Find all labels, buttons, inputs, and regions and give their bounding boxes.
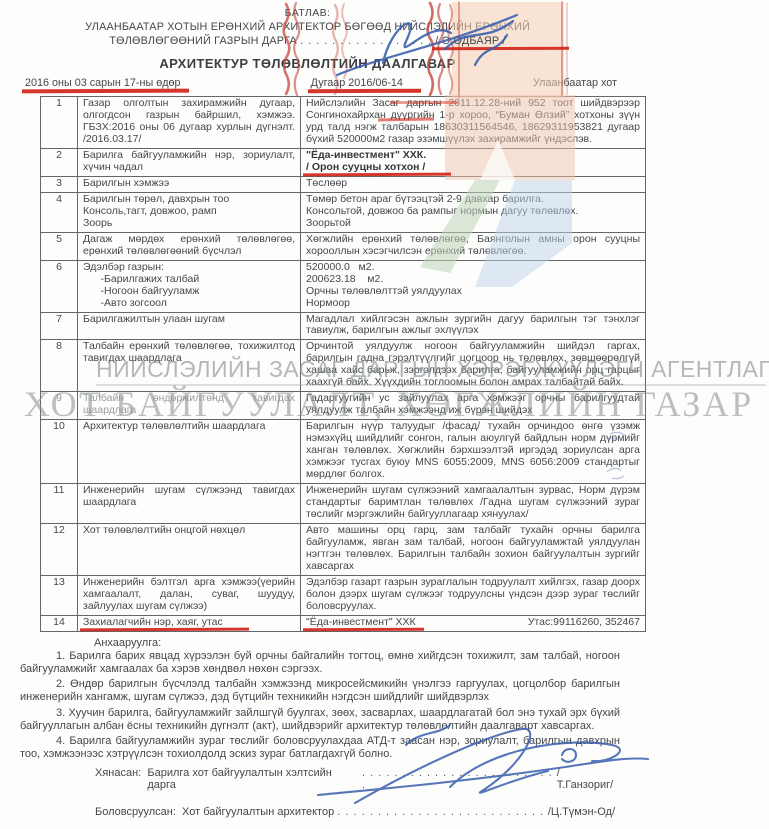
row-label: Газар олголтын захирамжийн дугаар, олгог… <box>78 97 301 149</box>
row-number: 4 <box>41 192 78 232</box>
approver-title-line2: ТӨЛӨВЛӨГӨӨНИЙ ГАЗРЫН ДАРГА . . . . . . .… <box>0 35 615 47</box>
document-number: Дугаар 2016/06-14 <box>311 77 403 89</box>
table-row: 5 Дагаж мөрдөх ерөнхий төлөвлөгөө, ерөнх… <box>41 232 646 260</box>
row-value: 520000.0 м2. 200623.18 м2. Орчны төлөвлө… <box>301 260 646 312</box>
row-value: Хөгжлийн ерөнхий төлөвлөгөө, Баянголын а… <box>301 232 646 260</box>
prepared-label: Боловсруулсан: <box>95 806 176 818</box>
approval-block: БАТЛАВ: УЛААНБААТАР ХОТЫН ЕРӨНХИЙ АРХИТЕ… <box>0 0 615 71</box>
row-value: Нийслэлийн Засаг даргын 2011.12.28-ний 9… <box>301 97 646 149</box>
notice-item-3: 3. Хуучин барилга, байгууламжийг зайлшгү… <box>20 707 620 733</box>
row-label: Инженерийн шугам сүлжээнд тавигдах шаард… <box>78 484 301 524</box>
assignment-table: 1 Газар олголтын захирамжийн дугаар, олг… <box>40 96 646 632</box>
table-row: 2 Барилга байгууламжийн нэр, зориулалт, … <box>41 148 646 176</box>
row-value: "Ёда-инвестмент" ХХК Утас:99116260, 3524… <box>301 615 646 631</box>
row-label: Талбайн өндөржилтөнд тавигдах шаардлага <box>78 392 301 420</box>
row-value: Авто машины орц гарц, зам талбайг тухайн… <box>301 524 646 576</box>
row-label: Захиалагчийн нэр, хаяг, утас <box>78 615 301 631</box>
reviewed-line: Хянасан: Барилга хот байгуулалтын хэлтси… <box>95 767 655 791</box>
row-number: 13 <box>41 575 78 615</box>
row-value: Төмөр бетон араг бүтээцтэй 2-9 давхар ба… <box>301 192 646 232</box>
prepared-line: Боловсруулсан: Хот байгуулалтын архитект… <box>95 806 655 818</box>
row-number: 12 <box>41 524 78 576</box>
table-row: 11 Инженерийн шугам сүлжээнд тавигдах ша… <box>41 484 646 524</box>
preparer-name: /Ц.Түмэн-Од/ <box>548 806 655 818</box>
row-label: Эдэлбэр газрын: -Барилгажих талбай -Ного… <box>78 260 301 312</box>
notice-title: Анхааруулга: <box>94 637 620 649</box>
table-row: 14 Захиалагчийн нэр, хаяг, утас "Ёда-инв… <box>41 615 646 631</box>
table-row: 7 Барилгажилтын улаан шугам Магадлал хий… <box>41 312 646 340</box>
row-number: 10 <box>41 420 78 484</box>
row-number: 3 <box>41 176 78 192</box>
approver-name: / О.ОДБАЯР / <box>435 35 505 47</box>
row-label: Талбайн ерөнхий төлөвлөгөө, тохижилтод т… <box>78 340 301 392</box>
table-row: 8 Талбайн ерөнхий төлөвлөгөө, тохижилтод… <box>41 340 646 392</box>
row-label: Барилгын төрөл, давхрын тоо Консоль,тагт… <box>78 192 301 232</box>
table-row: 1 Газар олголтын захирамжийн дугаар, олг… <box>41 97 646 149</box>
row-number: 7 <box>41 312 78 340</box>
city-label: Улаанбаатар хот <box>533 77 617 89</box>
client-name: "Ёда-инвестмент" ХХК <box>306 617 416 629</box>
approver-title-text: ТӨЛӨВЛӨГӨӨНИЙ ГАЗРЫН ДАРГА <box>109 35 297 47</box>
approval-stamp-label: БАТЛАВ: <box>0 7 615 19</box>
table-row: 3 Барилгын хэмжээ Төслөөр <box>41 176 646 192</box>
row-number: 1 <box>41 97 78 149</box>
architectural-assignment-document: БАТЛАВ: УЛААНБААТАР ХОТЫН ЕРӨНХИЙ АРХИТЕ… <box>0 0 769 829</box>
reviewed-dotted-line: . . . . . . . . . . . . . . . . . . . . … <box>362 767 557 791</box>
row-label: Инженерийн бэлтгэл арга хэмжээ(үерийн ха… <box>78 575 301 615</box>
issue-date: 2016 оны 03 сарын 17-ны өдөр <box>25 77 181 89</box>
row-label: Барилгын хэмжээ <box>78 176 301 192</box>
warnings-block: Анхааруулга: 1. Барилга барих явцад хүрэ… <box>20 637 620 762</box>
row-number: 2 <box>41 148 78 176</box>
notice-item-1: 1. Барилга барих явцад хүрээлэн буй орчн… <box>20 650 620 676</box>
table-row: 10 Архитектур төлөвлөлтийн шаардлага Бар… <box>41 420 646 484</box>
row-value: Төслөөр <box>301 176 646 192</box>
row-number: 8 <box>41 340 78 392</box>
notice-item-2: 2. Өндөр барилгын бүсчлэлд талбайн хэмжэ… <box>20 678 620 704</box>
signature-dotted-line: . . . . . . . . . . . . . . . . . <box>300 35 432 47</box>
table-row: 9 Талбайн өндөржилтөнд тавигдах шаардлаг… <box>41 392 646 420</box>
row-number: 9 <box>41 392 78 420</box>
row-label: Дагаж мөрдөх ерөнхий төлөвлөгөө, ерөнхий… <box>78 232 301 260</box>
signoff-block: Хянасан: Барилга хот байгуулалтын хэлтси… <box>95 767 655 818</box>
row-value: Гадаргуугийн ус зайлуулах арга хэмжээг о… <box>301 392 646 420</box>
reviewer-name: /Т.Ганзориг/ <box>557 767 655 791</box>
row-label: Архитектур төлөвлөлтийн шаардлага <box>78 420 301 484</box>
row-value: "Ёда-инвестмент" ХХК. / Орон сууцны хотх… <box>301 148 646 176</box>
table-row: 4 Барилгын төрөл, давхрын тоо Консоль,та… <box>41 192 646 232</box>
prepared-role: Хот байгуулалтын архитектор <box>182 806 334 818</box>
document-title: АРХИТЕКТУР ТӨЛӨВЛӨЛТИЙН ДААЛГАВАР <box>0 56 615 71</box>
approver-title-line1: УЛААНБААТАР ХОТЫН ЕРӨНХИЙ АРХИТЕКТОР БӨГ… <box>0 21 615 33</box>
row-value: Инженерийн шугам сүлжээний хамгаалалтын … <box>301 484 646 524</box>
table-row: 6 Эдэлбэр газрын: -Барилгажих талбай -Но… <box>41 260 646 312</box>
table-row: 13 Инженерийн бэлтгэл арга хэмжээ(үерийн… <box>41 575 646 615</box>
row-label: Барилгажилтын улаан шугам <box>78 312 301 340</box>
table-row: 12 Хот төлөвлөлтийн онцгой нөхцөл Авто м… <box>41 524 646 576</box>
notice-item-4: 4. Барилга байгууламжийн зураг төслийг б… <box>20 735 620 761</box>
row-label: Барилга байгууламжийн нэр, зориулалт, хү… <box>78 148 301 176</box>
reviewed-role: Барилга хот байгуулалтын хэлтсийн дарга <box>147 767 359 791</box>
row-value: Магадлал хийлгэсэн ажлын зургийн дагуу б… <box>301 312 646 340</box>
prepared-dotted-line: . . . . . . . . . . . . . . . . . . . . … <box>337 806 544 818</box>
client-phone: Утас:99116260, 352467 <box>528 617 640 629</box>
project-type: / Орон сууцны хотхон / <box>306 162 425 174</box>
row-value: Эдэлбэр газарт газрын зураглалын тодруул… <box>301 575 646 615</box>
row-number: 6 <box>41 260 78 312</box>
row-value: Орчинтой уялдуулж ногоон байгууламжийн ш… <box>301 340 646 392</box>
reviewed-label: Хянасан: <box>95 767 141 791</box>
client-row-label: Захиалагчийн нэр, хаяг, утас <box>83 617 223 629</box>
row-number: 14 <box>41 615 78 631</box>
row-value: Барилгын нүүр талуудыг /фасад/ тухайн ор… <box>301 420 646 484</box>
row-number: 5 <box>41 232 78 260</box>
row-number: 11 <box>41 484 78 524</box>
row-label: Хот төлөвлөлтийн онцгой нөхцөл <box>78 524 301 576</box>
date-line: 2016 оны 03 сарын 17-ны өдөр Дугаар 2016… <box>25 77 617 89</box>
